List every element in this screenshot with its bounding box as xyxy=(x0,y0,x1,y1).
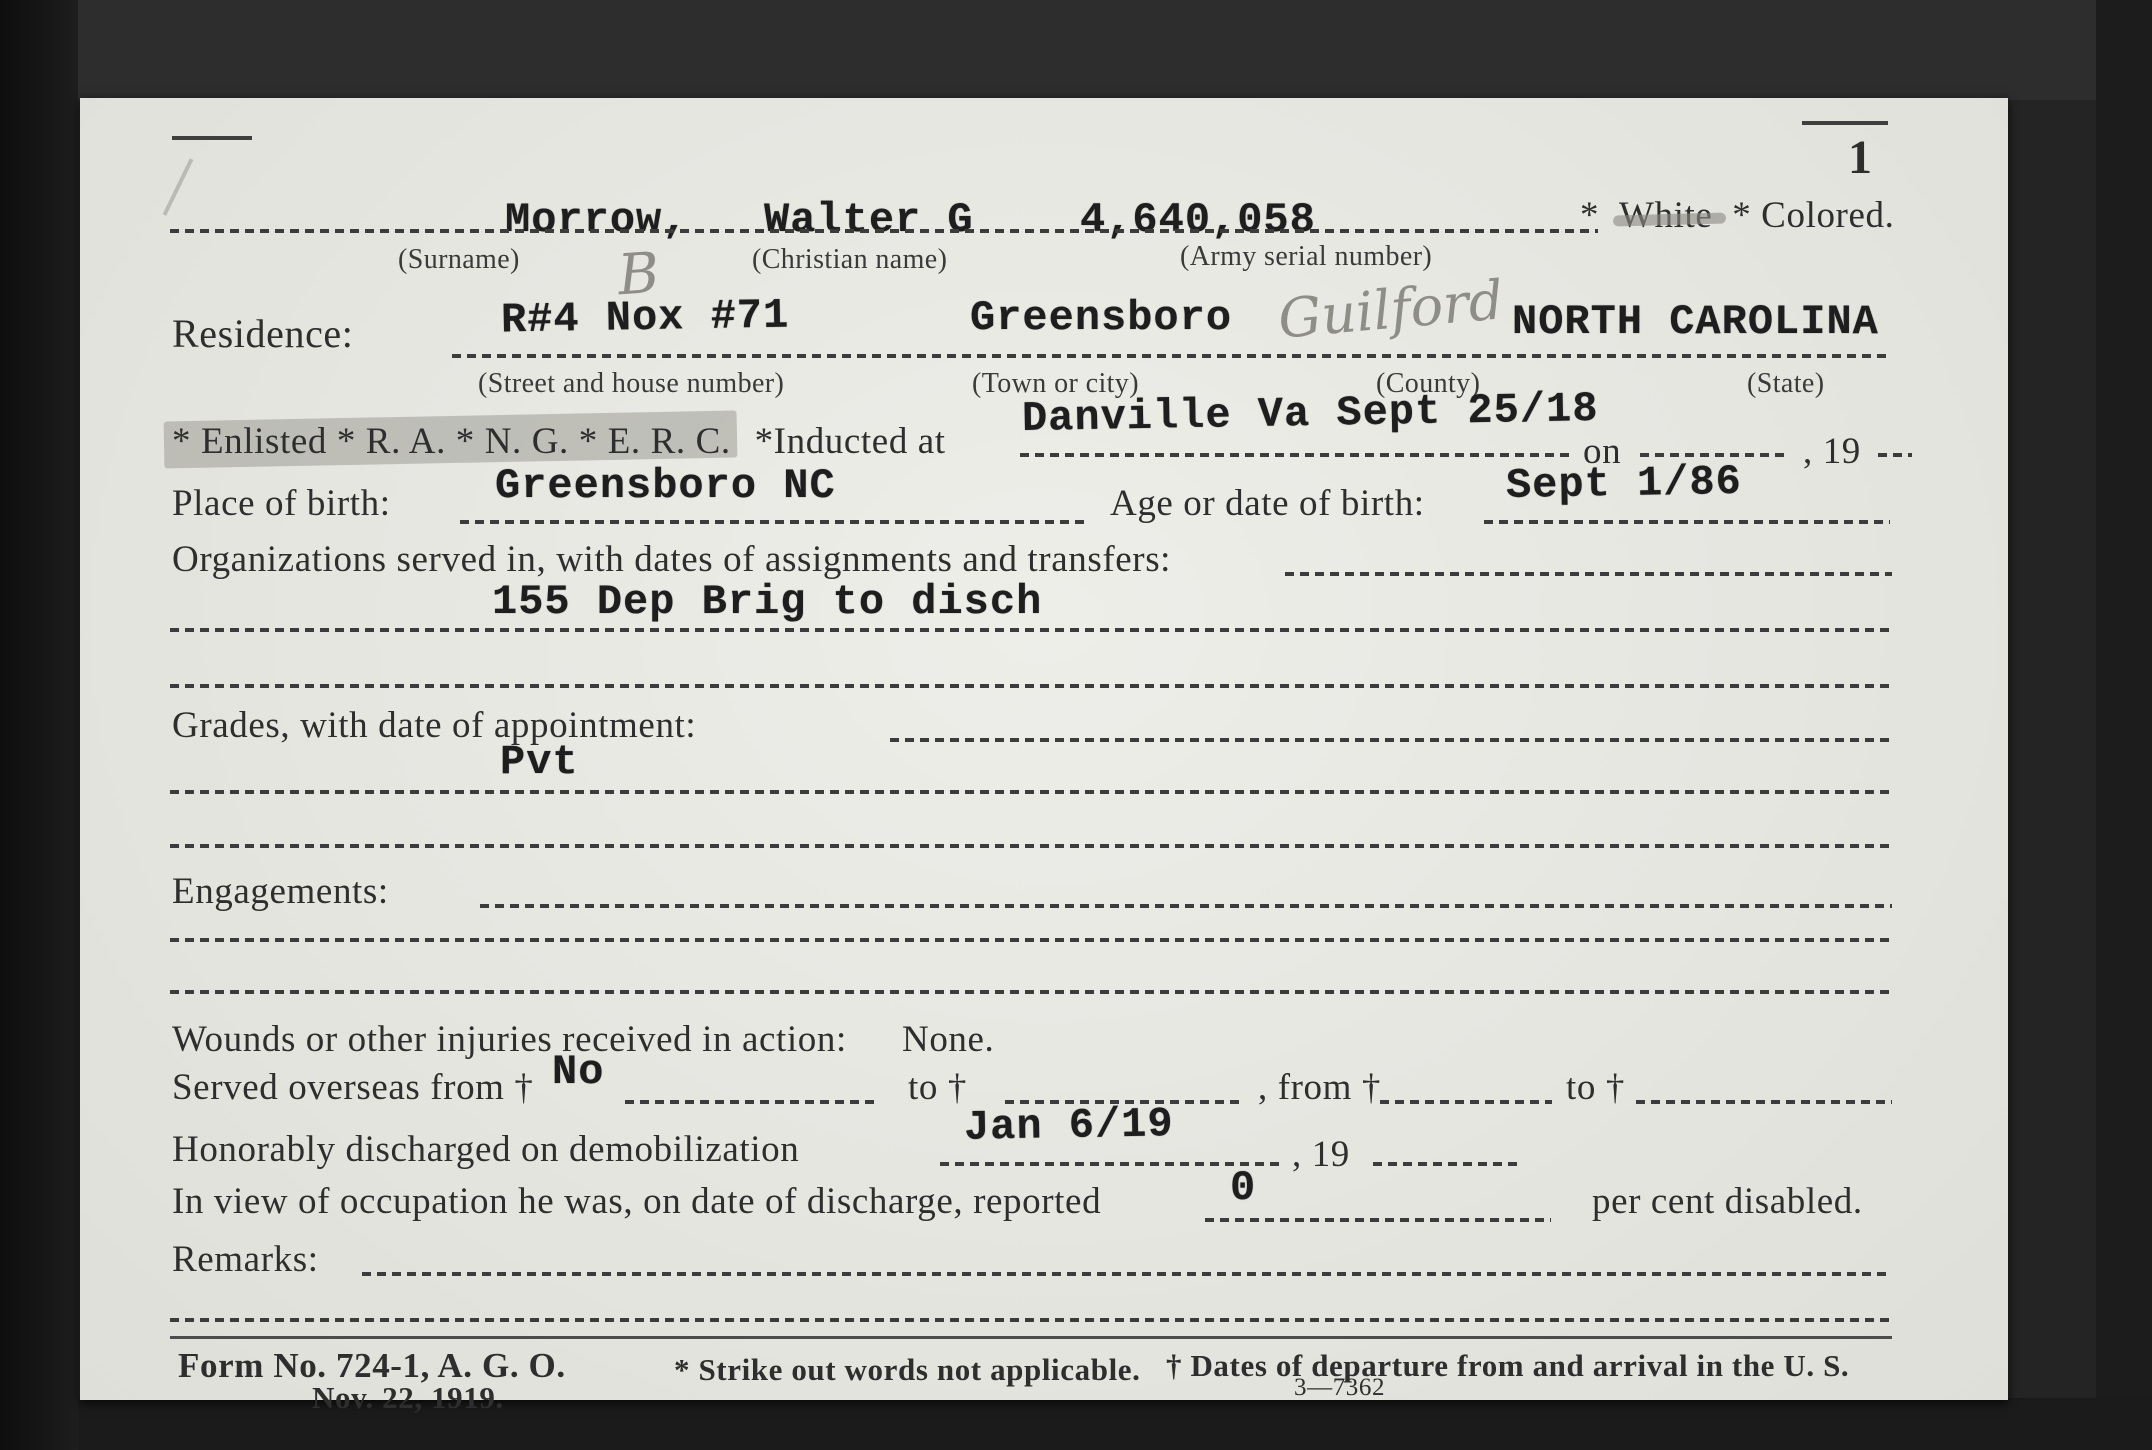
grades-dotted-rule-3 xyxy=(170,844,1892,848)
form-date: Nov. 22, 1919. xyxy=(312,1380,504,1416)
overseas-dotted-rule-4 xyxy=(1636,1100,1892,1104)
birth-age-value: Sept 1/86 xyxy=(1506,458,1743,510)
residence-label: Residence: xyxy=(172,310,354,357)
print-code: 3—7362 xyxy=(1294,1374,1385,1402)
discharge-year-label: , 19 xyxy=(1292,1133,1350,1176)
enlistment-options-text: * Enlisted * R. A. * N. G. * E. R. C. xyxy=(172,421,731,462)
discharge-dotted-rule-2 xyxy=(1373,1162,1518,1166)
disability-suffix: per cent disabled. xyxy=(1592,1180,1863,1223)
discharge-date-value: Jan 6/19 xyxy=(964,1100,1174,1152)
overseas-label: Served overseas from † xyxy=(172,1066,534,1109)
enlistment-options-struck: * Enlisted * R. A. * N. G. * E. R. C. xyxy=(172,420,731,463)
organizations-entry: 155 Dep Brig to disch xyxy=(492,578,1042,626)
scanner-left-strip xyxy=(0,0,78,1450)
disability-value: 0 xyxy=(1230,1164,1256,1212)
birth-age-label: Age or date of birth: xyxy=(1110,482,1425,525)
remarks-dotted-rule-1 xyxy=(362,1272,1892,1276)
disability-dotted-rule xyxy=(1205,1218,1551,1222)
surname-value: Morrow, xyxy=(505,196,688,244)
wounds-value: None. xyxy=(902,1018,994,1061)
engagements-dotted-rule-1 xyxy=(480,904,1892,908)
overseas-dotted-rule-3 xyxy=(1380,1100,1552,1104)
race-asterisk: * xyxy=(1580,195,1599,236)
organizations-dotted-rule-1 xyxy=(1285,572,1892,576)
engagements-dotted-rule-3 xyxy=(170,990,1892,994)
christian-name-label: (Christian name) xyxy=(752,244,947,276)
street-label: (Street and house number) xyxy=(478,368,784,400)
scanned-service-card-page: 1 Morrow, Walter G 4,640,058 * White * C… xyxy=(0,0,2152,1450)
disability-label: In view of occupation he was, on date of… xyxy=(172,1180,1101,1223)
grades-dotted-rule-2 xyxy=(170,790,1892,794)
grades-label: Grades, with date of appointment: xyxy=(172,704,696,747)
scanner-right-strip xyxy=(2096,0,2152,1450)
town-value: Greensboro xyxy=(970,294,1232,342)
enlist-year-label: , 19 xyxy=(1803,430,1861,473)
grades-dotted-rule-1 xyxy=(890,738,1892,742)
overseas-value: No xyxy=(552,1048,604,1096)
serial-number-label: (Army serial number) xyxy=(1180,241,1432,273)
name-dotted-rule xyxy=(170,229,1598,233)
state-value: NORTH CAROLINA xyxy=(1512,298,1879,346)
race-option-white-struck: White xyxy=(1619,194,1712,237)
organizations-label: Organizations served in, with dates of a… xyxy=(172,538,1171,581)
birth-age-dotted-rule xyxy=(1484,520,1890,524)
enlistment-line: * Enlisted * R. A. * N. G. * E. R. C. *I… xyxy=(172,420,946,463)
discharge-label: Honorably discharged on demobilization xyxy=(172,1128,799,1171)
organizations-dotted-rule-2 xyxy=(170,628,1892,632)
scanner-top-band xyxy=(0,0,2152,100)
grades-entry: Pvt xyxy=(500,738,579,786)
page-number-overline xyxy=(1802,121,1888,125)
overseas-to2-label: to † xyxy=(1566,1066,1625,1109)
overseas-to1-label: to † xyxy=(908,1066,967,1109)
enlist-year-dotted-rule xyxy=(1878,453,1912,457)
inducted-dotted-rule xyxy=(1020,453,1575,457)
remarks-dotted-rule-2 xyxy=(170,1318,1892,1322)
race-option-colored: * Colored. xyxy=(1732,195,1894,236)
overseas-dotted-rule-1 xyxy=(625,1100,877,1104)
birth-place-dotted-rule xyxy=(460,520,1085,524)
service-record-card: 1 Morrow, Walter G 4,640,058 * White * C… xyxy=(80,98,2008,1400)
dagger-footnote: † Dates of departure from and arrival in… xyxy=(1166,1348,1849,1384)
inducted-at-label: *Inducted at xyxy=(755,421,946,462)
residence-dotted-rule xyxy=(452,354,1892,358)
page-number: 1 xyxy=(1848,130,1873,185)
christian-name-value: Walter G xyxy=(764,196,974,244)
race-options: * White * Colored. xyxy=(1580,194,1894,237)
serial-number-value: 4,640,058 xyxy=(1080,196,1316,244)
top-left-tick-mark xyxy=(172,136,252,140)
discharge-dotted-rule-1 xyxy=(940,1162,1280,1166)
wounds-label: Wounds or other injuries received in act… xyxy=(172,1018,847,1061)
footer-solid-rule xyxy=(170,1336,1892,1339)
on-dotted-rule xyxy=(1640,453,1790,457)
remarks-label: Remarks: xyxy=(172,1238,319,1281)
engagements-dotted-rule-2 xyxy=(170,938,1892,942)
pencil-slash-mark xyxy=(163,158,194,215)
organizations-dotted-rule-3 xyxy=(170,684,1892,688)
overseas-from2-label: , from † xyxy=(1258,1066,1381,1109)
county-handwritten-value: Guilford xyxy=(1276,268,1506,350)
birth-place-label: Place of birth: xyxy=(172,482,391,525)
street-value: R#4 Nox #71 xyxy=(501,291,790,344)
strike-out-footnote: * Strike out words not applicable. xyxy=(674,1352,1141,1388)
state-label: (State) xyxy=(1747,368,1824,400)
engagements-label: Engagements: xyxy=(172,870,389,913)
inducted-place-date-value: Danville Va Sept 25/18 xyxy=(1022,385,1599,443)
birth-place-value: Greensboro NC xyxy=(495,462,836,510)
surname-label: (Surname) xyxy=(398,244,520,276)
